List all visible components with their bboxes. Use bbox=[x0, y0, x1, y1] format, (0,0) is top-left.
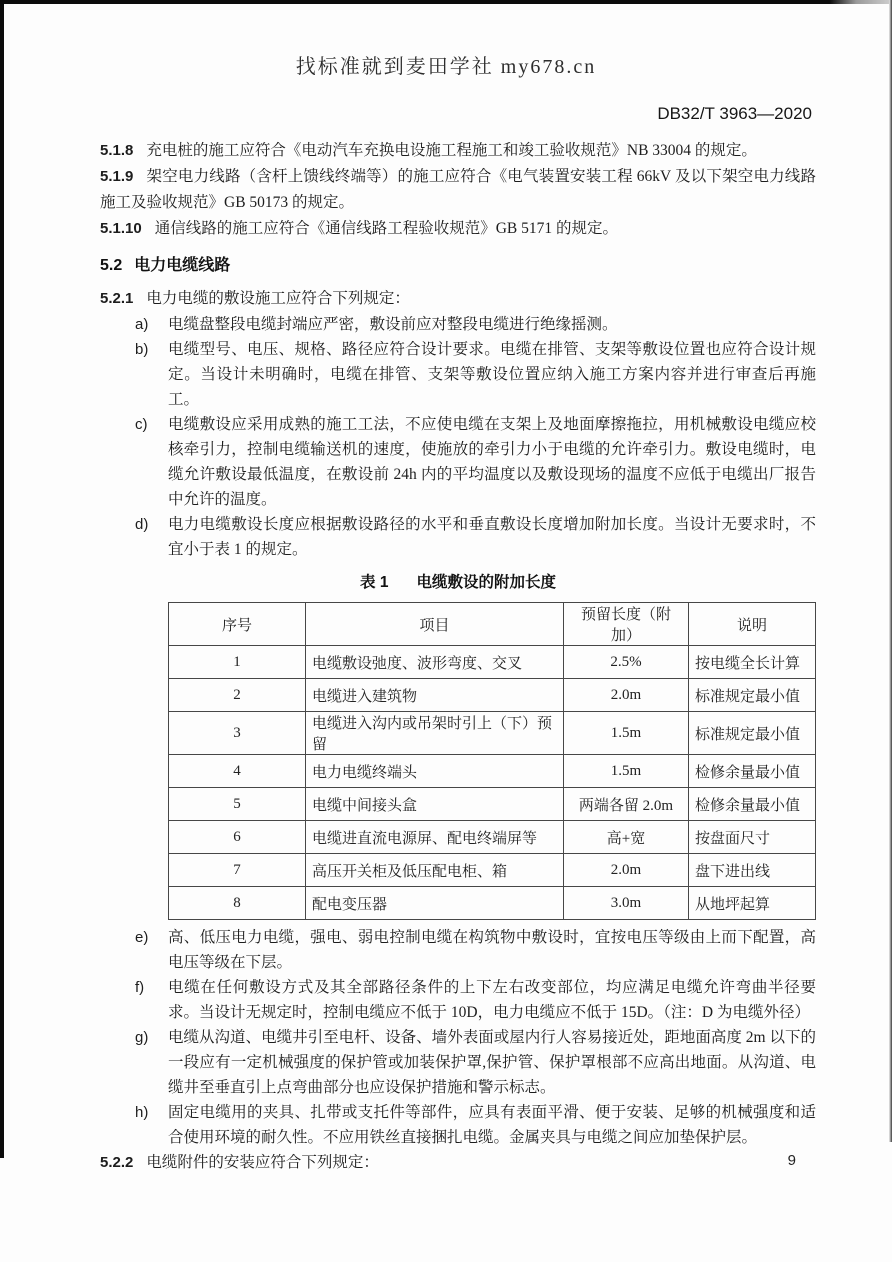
table-cell-note: 从地坪起算 bbox=[689, 887, 816, 920]
table-cell-note: 按电缆全长计算 bbox=[689, 646, 816, 679]
section-heading-5-2: 5.2电力电缆线路 bbox=[100, 254, 816, 278]
table-cell-seq: 5 bbox=[169, 788, 306, 821]
page-number: 9 bbox=[788, 1152, 796, 1169]
table-cell-length: 2.0m bbox=[564, 679, 689, 712]
list-item-a: a)电缆盘整段电缆封端应严密，敷设前应对整段电缆进行绝缘摇测。 bbox=[100, 312, 816, 337]
table-cell-seq: 6 bbox=[169, 821, 306, 854]
list-item-h: h)固定电缆用的夹具、扎带或支托件等部件，应具有表面平滑、便于安装、足够的机械强… bbox=[100, 1100, 816, 1150]
clause-number: 5.2.1 bbox=[100, 290, 133, 307]
scan-edge-top bbox=[0, 0, 892, 4]
table-cell-note: 按盘面尺寸 bbox=[689, 821, 816, 854]
table-caption: 表 1电缆敷设的附加长度 bbox=[100, 570, 816, 596]
table-row: 4 电力电缆终端头 1.5m 检修余量最小值 bbox=[169, 755, 816, 788]
table-row: 1 电缆敷设弛度、波形弯度、交叉 2.5% 按电缆全长计算 bbox=[169, 646, 816, 679]
table-row: 8 配电变压器 3.0m 从地坪起算 bbox=[169, 887, 816, 920]
clause-text: 电缆附件的安装应符合下列规定： bbox=[146, 1154, 379, 1171]
list-item-e: e)高、低压电力电缆，强电、弱电控制电缆在构筑物中敷设时，宜按电压等级由上而下配… bbox=[100, 925, 816, 975]
clause-paragraph-5-2-2: 5.2.2电缆附件的安装应符合下列规定： bbox=[100, 1150, 816, 1176]
list-item-c: c)电缆敷设应采用成熟的施工工法，不应使电缆在支架上及地面摩擦拖拉，用机械敷设电… bbox=[100, 412, 816, 512]
heading-title: 电力电缆线路 bbox=[134, 257, 230, 274]
list-item-f: f)电缆在任何敷设方式及其全部路径条件的上下左右改变部位，均应满足电缆允许弯曲半… bbox=[100, 975, 816, 1025]
table-header-cell: 说明 bbox=[689, 603, 816, 646]
table-caption-label: 表 1 bbox=[360, 574, 388, 591]
table-cell-length: 高+宽 bbox=[564, 821, 689, 854]
table-cell-length: 1.5m bbox=[564, 755, 689, 788]
section-text: 充电桩的施工应符合《电动汽车充换电设施工程施工和竣工验收规范》NB 33004 … bbox=[146, 142, 757, 159]
table-cell-seq: 2 bbox=[169, 679, 306, 712]
list-item-d: d)电力电缆敷设长度应根据敷设路径的水平和垂直敷设长度增加附加长度。当设计无要求… bbox=[100, 512, 816, 562]
clause-text: 电力电缆的敷设施工应符合下列规定： bbox=[146, 290, 410, 307]
table-header-row: 序号 项目 预留长度（附加） 说明 bbox=[169, 603, 816, 646]
clause-paragraph-5-2-1: 5.2.1电力电缆的敷设施工应符合下列规定： bbox=[100, 286, 816, 312]
list-text: 电缆敷设应采用成熟的施工工法，不应使电缆在支架上及地面摩擦拖拉，用机械敷设电缆应… bbox=[168, 412, 816, 512]
list-letter: a) bbox=[135, 312, 168, 337]
clause-number: 5.2.2 bbox=[100, 1154, 133, 1171]
section-text: 通信线路的施工应符合《通信线路工程验收规范》GB 5171 的规定。 bbox=[155, 220, 618, 237]
list-letter: e) bbox=[135, 925, 168, 975]
table-cell-item: 电缆进入沟内或吊架时引上（下）预留 bbox=[306, 712, 564, 755]
table-header-cell: 预留长度（附加） bbox=[564, 603, 689, 646]
list-letter: g) bbox=[135, 1025, 168, 1100]
table-cell-length: 3.0m bbox=[564, 887, 689, 920]
list-letter: f) bbox=[135, 975, 168, 1025]
section-text: 架空电力线路（含杆上馈线终端等）的施工应符合《电气装置安装工程 66kV 及以下… bbox=[100, 168, 816, 211]
table-cell-item: 电缆中间接头盒 bbox=[306, 788, 564, 821]
list-text: 固定电缆用的夹具、扎带或支托件等部件，应具有表面平滑、便于安装、足够的机械强度和… bbox=[168, 1100, 816, 1150]
table-cell-length: 1.5m bbox=[564, 712, 689, 755]
list-item-g: g)电缆从沟道、电缆井引至电杆、设备、墙外表面或屋内行人容易接近处，距地面高度 … bbox=[100, 1025, 816, 1100]
heading-number: 5.2 bbox=[100, 257, 122, 274]
table-cell-item: 电缆敷设弛度、波形弯度、交叉 bbox=[306, 646, 564, 679]
page-body: 5.1.8充电桩的施工应符合《电动汽车充换电设施工程施工和竣工验收规范》NB 3… bbox=[100, 138, 816, 1176]
table-cell-note: 检修余量最小值 bbox=[689, 755, 816, 788]
table-cell-seq: 3 bbox=[169, 712, 306, 755]
table-caption-title: 电缆敷设的附加长度 bbox=[416, 574, 556, 591]
list-letter: c) bbox=[135, 412, 168, 512]
section-paragraph: 5.1.8充电桩的施工应符合《电动汽车充换电设施工程施工和竣工验收规范》NB 3… bbox=[100, 138, 816, 164]
list-text: 电缆在任何敷设方式及其全部路径条件的上下左右改变部位，均应满足电缆允许弯曲半径要… bbox=[168, 975, 816, 1025]
list-text: 电缆型号、电压、规格、路径应符合设计要求。电缆在排管、支架等敷设位置也应符合设计… bbox=[168, 337, 816, 412]
list-text: 电力电缆敷设长度应根据敷设路径的水平和垂直敷设长度增加附加长度。当设计无要求时，… bbox=[168, 512, 816, 562]
section-paragraph: 5.1.9架空电力线路（含杆上馈线终端等）的施工应符合《电气装置安装工程 66k… bbox=[100, 164, 816, 216]
watermark-text: 找标准就到麦田学社 my678.cn bbox=[0, 50, 892, 79]
table-cell-item: 电缆进直流电源屏、配电终端屏等 bbox=[306, 821, 564, 854]
section-number: 5.1.9 bbox=[100, 168, 133, 185]
scan-edge-left bbox=[0, 0, 4, 1158]
table-cell-item: 电力电缆终端头 bbox=[306, 755, 564, 788]
list-text: 电缆从沟道、电缆井引至电杆、设备、墙外表面或屋内行人容易接近处，距地面高度 2m… bbox=[168, 1025, 816, 1100]
table-header-cell: 项目 bbox=[306, 603, 564, 646]
table-cell-note: 标准规定最小值 bbox=[689, 712, 816, 755]
table-cell-length: 2.5% bbox=[564, 646, 689, 679]
list-text: 电缆盘整段电缆封端应严密，敷设前应对整段电缆进行绝缘摇测。 bbox=[168, 312, 816, 337]
table-row: 5 电缆中间接头盒 两端各留 2.0m 检修余量最小值 bbox=[169, 788, 816, 821]
table-header-cell: 序号 bbox=[169, 603, 306, 646]
table-cell-seq: 1 bbox=[169, 646, 306, 679]
table-cell-note: 标准规定最小值 bbox=[689, 679, 816, 712]
table-cell-seq: 8 bbox=[169, 887, 306, 920]
table-row: 3 电缆进入沟内或吊架时引上（下）预留 1.5m 标准规定最小值 bbox=[169, 712, 816, 755]
table-cell-seq: 7 bbox=[169, 854, 306, 887]
table-cell-length: 两端各留 2.0m bbox=[564, 788, 689, 821]
table-cell-note: 检修余量最小值 bbox=[689, 788, 816, 821]
list-item-b: b)电缆型号、电压、规格、路径应符合设计要求。电缆在排管、支架等敷设位置也应符合… bbox=[100, 337, 816, 412]
document-code: DB32/T 3963—2020 bbox=[657, 104, 812, 124]
list-text: 高、低压电力电缆，强电、弱电控制电缆在构筑物中敷设时，宜按电压等级由上而下配置，… bbox=[168, 925, 816, 975]
table-cell-item: 配电变压器 bbox=[306, 887, 564, 920]
table-cell-length: 2.0m bbox=[564, 854, 689, 887]
table-cell-note: 盘下进出线 bbox=[689, 854, 816, 887]
section-number: 5.1.8 bbox=[100, 142, 133, 159]
table-cell-item: 高压开关柜及低压配电柜、箱 bbox=[306, 854, 564, 887]
section-paragraph: 5.1.10通信线路的施工应符合《通信线路工程验收规范》GB 5171 的规定。 bbox=[100, 216, 816, 242]
table-row: 2 电缆进入建筑物 2.0m 标准规定最小值 bbox=[169, 679, 816, 712]
list-letter: h) bbox=[135, 1100, 168, 1150]
section-number: 5.1.10 bbox=[100, 220, 142, 237]
table-cell-seq: 4 bbox=[169, 755, 306, 788]
list-letter: d) bbox=[135, 512, 168, 562]
table-row: 6 电缆进直流电源屏、配电终端屏等 高+宽 按盘面尺寸 bbox=[169, 821, 816, 854]
cable-extra-length-table: 序号 项目 预留长度（附加） 说明 1 电缆敷设弛度、波形弯度、交叉 2.5% … bbox=[168, 602, 816, 920]
table-cell-item: 电缆进入建筑物 bbox=[306, 679, 564, 712]
table-row: 7 高压开关柜及低压配电柜、箱 2.0m 盘下进出线 bbox=[169, 854, 816, 887]
list-letter: b) bbox=[135, 337, 168, 412]
